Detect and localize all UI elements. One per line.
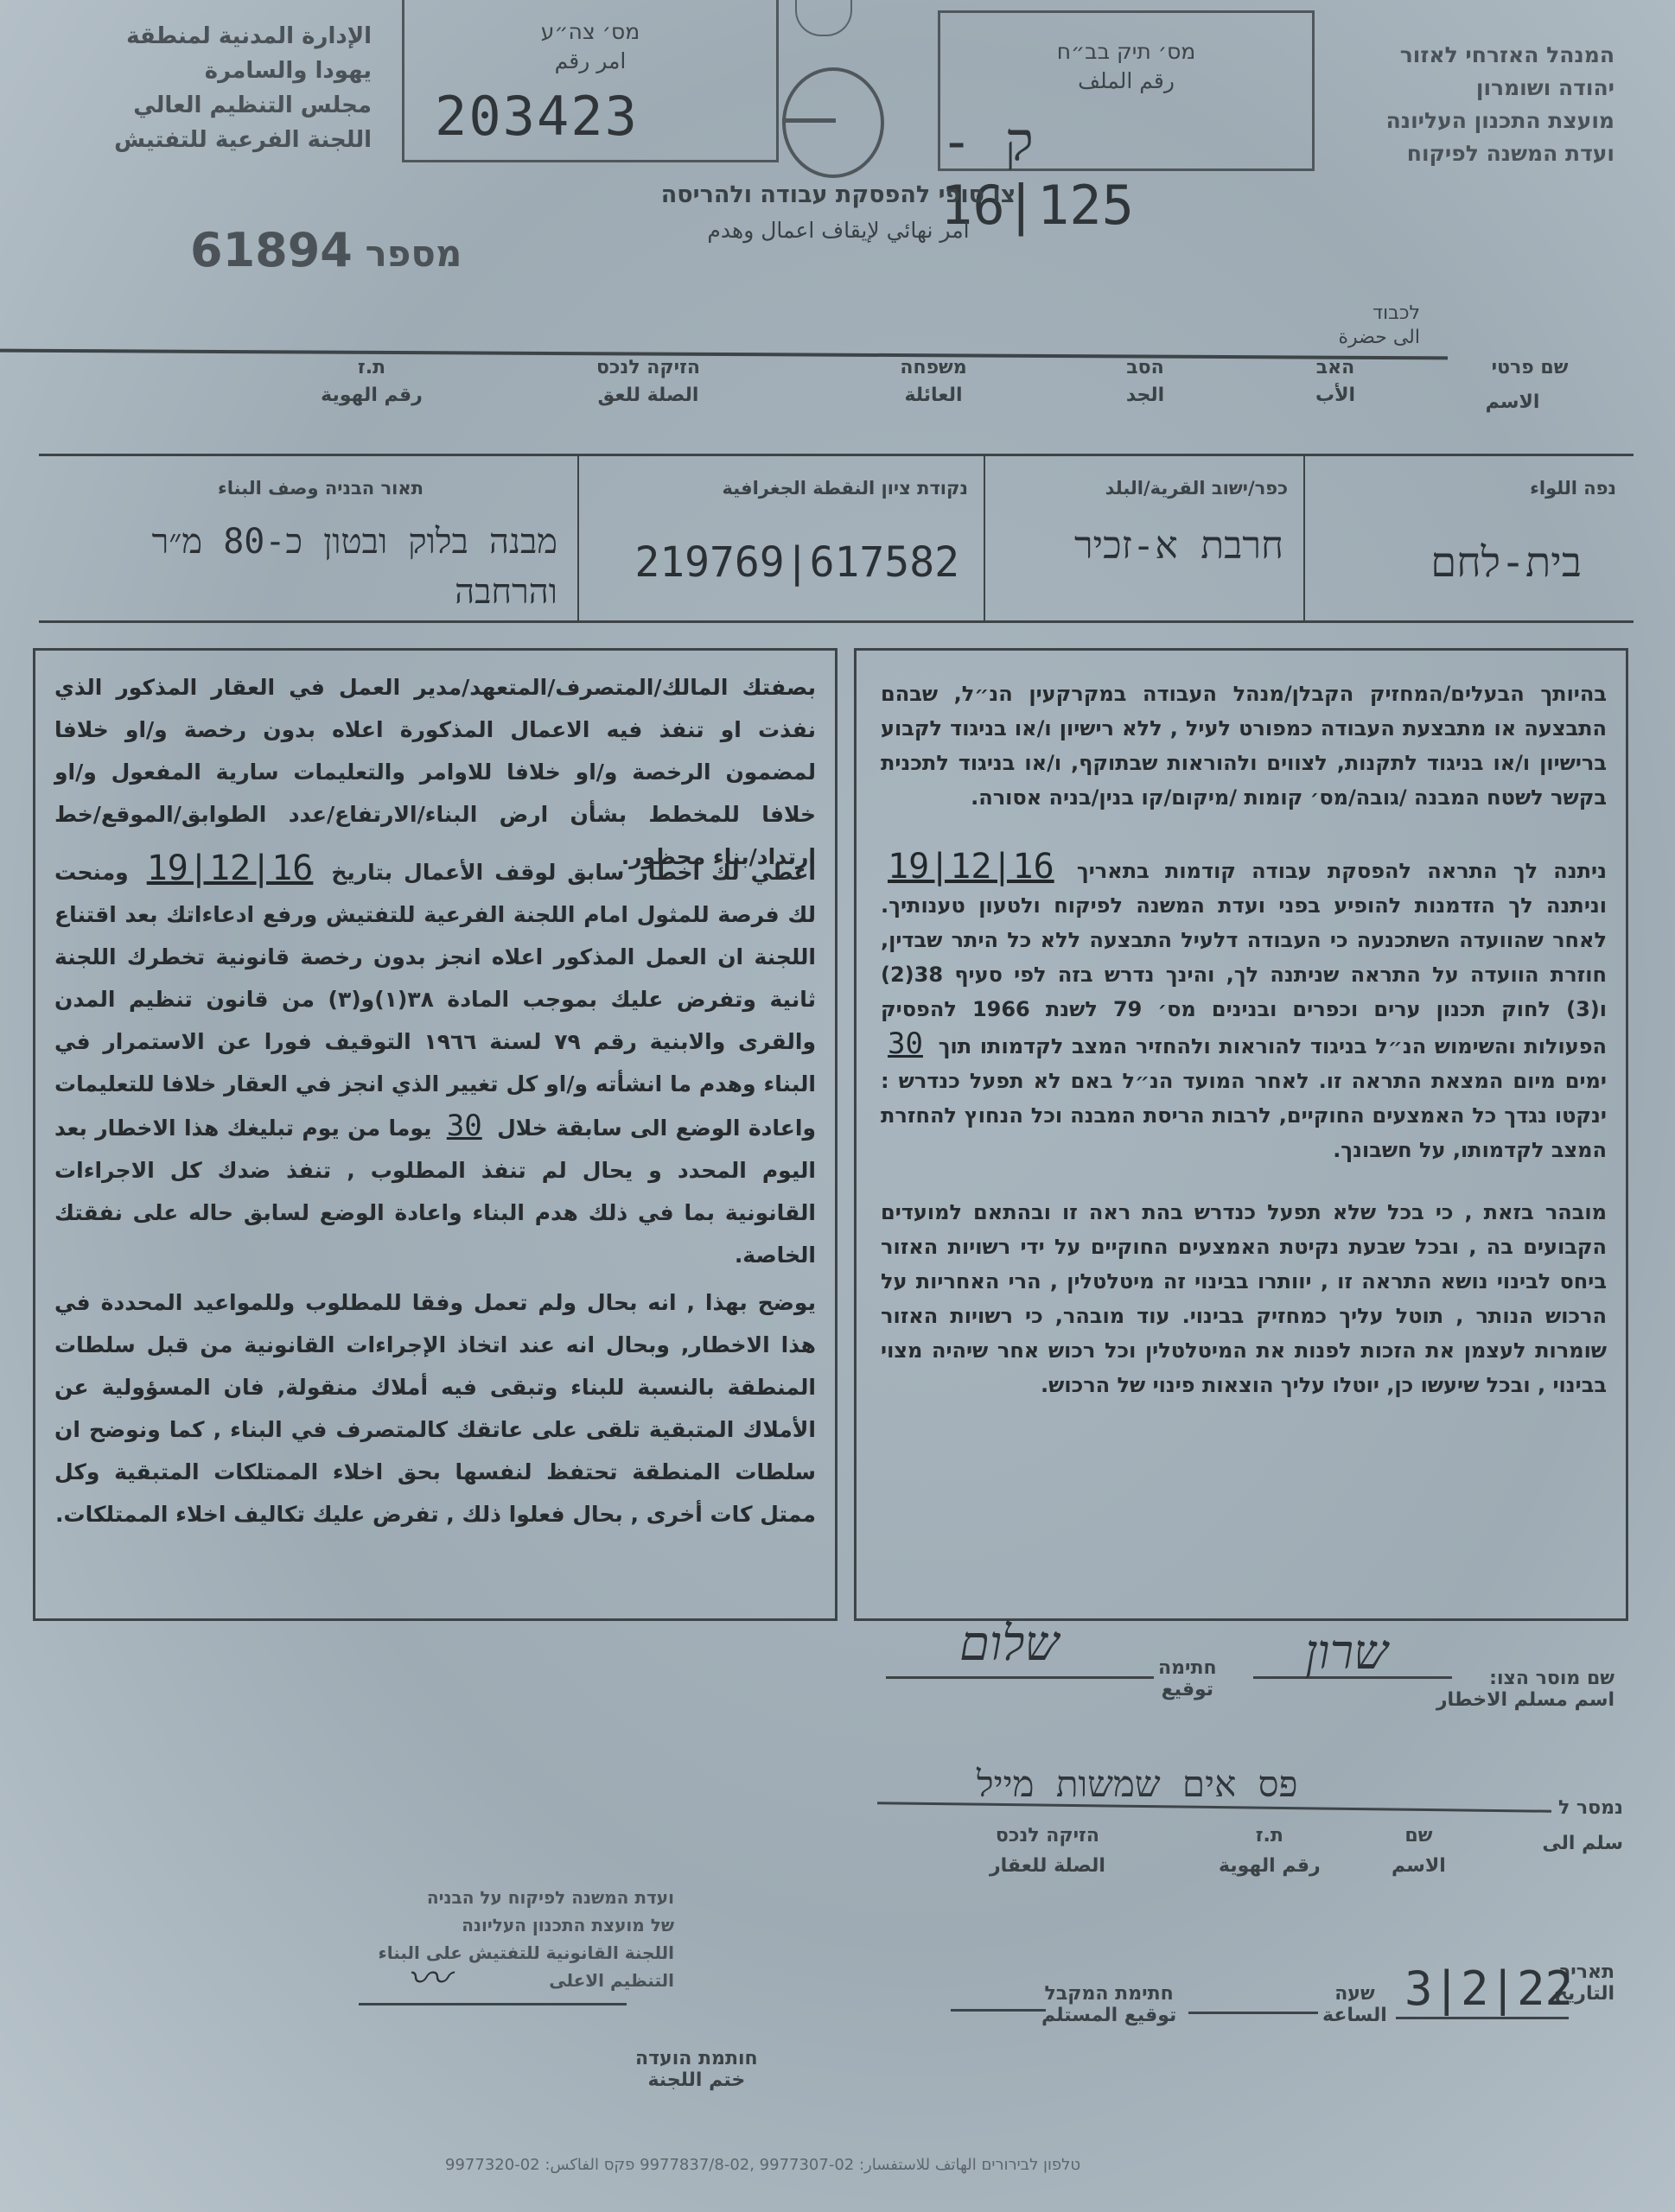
label-he: שם מוסר הצו:: [1436, 1668, 1614, 1689]
issuer-arabic: الإدارة المدنية لمنطقة يهودا والسامرة مج…: [61, 19, 372, 157]
date-value: 3|2|22: [1404, 1961, 1573, 2016]
label-he: חתימה: [1158, 1657, 1217, 1679]
label-ar: ختم اللجنة: [635, 2069, 758, 2091]
issuer-line: مجلس التنظيم العالي: [61, 88, 372, 123]
label-ar: توقيع: [1158, 1679, 1217, 1700]
field-label-he: ת.ז: [285, 354, 458, 382]
field-label-ar: الجد: [1080, 382, 1210, 410]
addressee-label-ar: الى حضرة: [1339, 327, 1421, 348]
file-number-box: מס׳ תיק בב״ח رقم الملف ק - 125|16: [938, 10, 1315, 171]
field-label-ar: الأب: [1271, 382, 1400, 410]
text: וניתנה לך הזדמנות להופיע בפני ועדת המשנה…: [881, 893, 1607, 1058]
contact-footer: טלפון לבירורים الهاتف للاستفسار: 02-9977…: [43, 2156, 1080, 2174]
cell-village: כפר/ישוב القرية/البلد חרבת א-זכיר: [984, 456, 1305, 620]
field-label-he: הזיקה לנכס: [553, 354, 743, 382]
label-ar: الساعة: [1322, 2005, 1387, 2026]
handwritten-days: 30: [440, 1109, 489, 1143]
field-first-name: שם פרטיالاسم: [1452, 354, 1608, 416]
cell-value: מבנה בלוק ובטון כ-80 מ״ר והרחבה: [73, 517, 557, 617]
deliverer-label: שם מוסר הצו: اسم مسلم الاخطار: [1436, 1668, 1614, 1711]
issuer-line: اللجنة الفرعية للتفتيش: [61, 123, 372, 157]
cell-label: נקודת ציון النقطة الجغرافية: [723, 478, 968, 499]
order-number-box: מס׳ צה״ע امر رقم 203423: [402, 0, 779, 162]
label-ar: رقم الملف: [940, 67, 1312, 96]
committee-signature-line: [359, 2003, 627, 2005]
label-ar: اسم مسلم الاخطار: [1436, 1689, 1614, 1711]
addressee-label-he: לכבוד: [1372, 302, 1420, 324]
hebrew-paragraph-3: מובהר בזאת , כי בכל שלא תפעל כנדרש בהת ר…: [881, 1195, 1607, 1402]
time-line: [1188, 2012, 1318, 2014]
receiver-signature-label: חתימת המקבל توقيع المستلم: [1041, 1983, 1176, 2026]
issuer-line: يهودا والسامرة: [61, 54, 372, 88]
field-family: משפחהالعائلة: [856, 354, 1011, 410]
field-label-he: הסב: [1080, 354, 1210, 382]
field-label-ar: الاسم: [1452, 389, 1573, 416]
file-number-label: מס׳ תיק בב״ח رقم الملف: [940, 37, 1312, 96]
label-he: מס׳ תיק בב״ח: [940, 37, 1312, 67]
label-he: שעה: [1322, 1983, 1387, 2005]
emblem-icon: [795, 0, 852, 36]
label-he: הזיקה לנכס: [990, 1825, 1105, 1847]
deliverer-signature: שלום: [959, 1616, 1059, 1672]
arabic-paragraph-3: يوضح بهذا , انه بحال ولم تعمل وفقا للمطل…: [54, 1281, 816, 1535]
cell-value: חרבת א-זכיר: [1074, 524, 1283, 568]
label-he: נמסר ל: [1542, 1797, 1623, 1819]
order-number-label: מס׳ צה״ע امر رقم: [404, 17, 776, 76]
cell-value: 219769|617582: [634, 538, 959, 587]
hebrew-notice-panel: בהיותך הבעלים/המחזיק הקבלן/מנהל העבודה ב…: [854, 648, 1628, 1621]
text: ومنحت لك فرصة للمثول امام اللجنة الفرعية…: [54, 860, 816, 1141]
stamp-line: ועדת המשנה לפיקוח על הבניה: [363, 1884, 674, 1911]
field-father: האבالأب: [1271, 354, 1400, 410]
document-number-value: 61894: [190, 223, 353, 277]
issuer-hebrew: המנהל האזרחי לאזור יהודה ושומרון מועצת ה…: [1269, 39, 1614, 170]
order-number-value: 203423: [435, 85, 639, 148]
signature-label: חתימה توقيع: [1158, 1657, 1217, 1700]
deliverer-name: שרון: [1305, 1624, 1388, 1681]
document-number: מספר 61894: [190, 223, 462, 277]
field-label-ar: الصلة للعق: [553, 382, 743, 410]
delivered-to-value: פס אים שמשות מייל: [977, 1763, 1297, 1806]
document-number-label: מספר: [366, 232, 462, 275]
delivered-to-label: נמסר ל سلم الى: [1542, 1797, 1623, 1854]
cell-label: נפה اللواء: [1530, 478, 1616, 499]
field-label-ar: العائلة: [856, 382, 1011, 410]
location-table: נפה اللواء בית-לחם כפר/ישוב القرية/البلد…: [39, 454, 1634, 623]
cell-coordinates: נקודת ציון النقطة الجغرافية 219769|61758…: [577, 456, 985, 620]
recipient-field-relation: הזיקה לנכס الصلة للعقار: [990, 1825, 1105, 1877]
circle-arrow-icon: [782, 67, 884, 178]
arabic-notice-panel: بصفتك المالك/المتصرف/المتعهد/مدير العمل …: [33, 648, 837, 1621]
recipient-field-id: ת.ז رقم الهوية: [1219, 1825, 1321, 1877]
label-ar: سلم الى: [1542, 1833, 1623, 1854]
issuer-line: الإدارة المدنية لمنطقة: [61, 19, 372, 54]
document-title-hebrew: צו סופי להפסקת עבודה ולהריסה: [484, 181, 1193, 208]
arabic-paragraph-2: أعطي لك اخطار سابق لوقف الأعمال بتاريخ 1…: [54, 848, 816, 1276]
field-relation: הזיקה לנכסالصلة للعق: [553, 354, 743, 410]
committee-stamp-label: חותמת הועדה ختم اللجنة: [635, 2048, 758, 2091]
label-he: מס׳ צה״ע: [404, 17, 776, 47]
label-ar: الاسم: [1392, 1855, 1446, 1877]
receiver-signature-line: [951, 2009, 1046, 2012]
label-ar: الصلة للعقار: [990, 1855, 1105, 1877]
date-line: [1396, 2017, 1569, 2019]
handwritten-days: 30: [881, 1027, 930, 1061]
label-he: ת.ז: [1219, 1825, 1321, 1847]
hebrew-paragraph-1: בהיותך הבעלים/המחזיק הקבלן/מנהל העבודה ב…: [881, 677, 1607, 815]
committee-signature: 〰: [406, 1944, 449, 2006]
label-he: חותמת הועדה: [635, 2048, 758, 2069]
field-id: ת.זرقم الهوية: [285, 354, 458, 410]
handwritten-date: 19|12|16: [140, 848, 321, 890]
label-he: חתימת המקבל: [1041, 1983, 1176, 2005]
time-label: שעה الساعة: [1322, 1983, 1387, 2026]
hebrew-paragraph-2: ניתנה לך התראה להפסקת עבודה קודמות בתארי…: [881, 849, 1607, 1167]
recipient-field-name: שם الاسم: [1392, 1825, 1446, 1877]
label-ar: رقم الهوية: [1219, 1855, 1321, 1877]
label-he: שם: [1392, 1825, 1446, 1847]
cell-value: בית-לחם: [1430, 538, 1582, 587]
issuer-line: ועדת המשנה לפיקוח: [1269, 137, 1614, 170]
text: أعطي لك اخطار سابق لوقف الأعمال بتاريخ: [331, 860, 816, 885]
field-grandfather: הסבالجد: [1080, 354, 1210, 410]
field-label-he: משפחה: [856, 354, 1011, 382]
field-label-he: האב: [1271, 354, 1400, 382]
signature-line: [886, 1676, 1154, 1679]
issuer-line: המנהל האזרחי לאזור: [1269, 39, 1614, 72]
stamp-line: של מועצת התכנון העליונה: [363, 1911, 674, 1939]
cell-building-description: תאור הבניה وصف البناء מבנה בלוק ובטון כ-…: [39, 456, 579, 620]
recipient-fields: שם פרטיالاسم האבالأب הסבالجد משפחהالعائل…: [242, 354, 1608, 449]
arabic-paragraph-1: بصفتك المالك/المتصرف/المتعهد/مدير العمل …: [54, 666, 816, 878]
text: ניתנה לך התראה להפסקת עבודה קודמות בתארי…: [1077, 859, 1607, 883]
field-label-ar: رقم الهوية: [285, 382, 458, 410]
cell-district: נפה اللواء בית-לחם: [1303, 456, 1634, 620]
field-label-he: שם פרטי: [1452, 354, 1608, 382]
issuer-line: יהודה ושומרון: [1269, 72, 1614, 105]
issuer-line: מועצת התכנון העליונה: [1269, 105, 1614, 137]
label-ar: توقيع المستلم: [1041, 2005, 1176, 2026]
document-title-arabic: امر نهائي لإيقاف اعمال وهدم: [484, 218, 1193, 243]
text: ימים מיום המצאת התראה זו. לאחר המועד הנ״…: [881, 1069, 1607, 1162]
cell-label: תאור הבניה وصف البناء: [218, 478, 424, 499]
handwritten-date: 19|12|16: [881, 849, 1061, 884]
label-ar: امر رقم: [404, 47, 776, 76]
cell-label: כפר/ישוב القرية/البلد: [1105, 478, 1288, 499]
